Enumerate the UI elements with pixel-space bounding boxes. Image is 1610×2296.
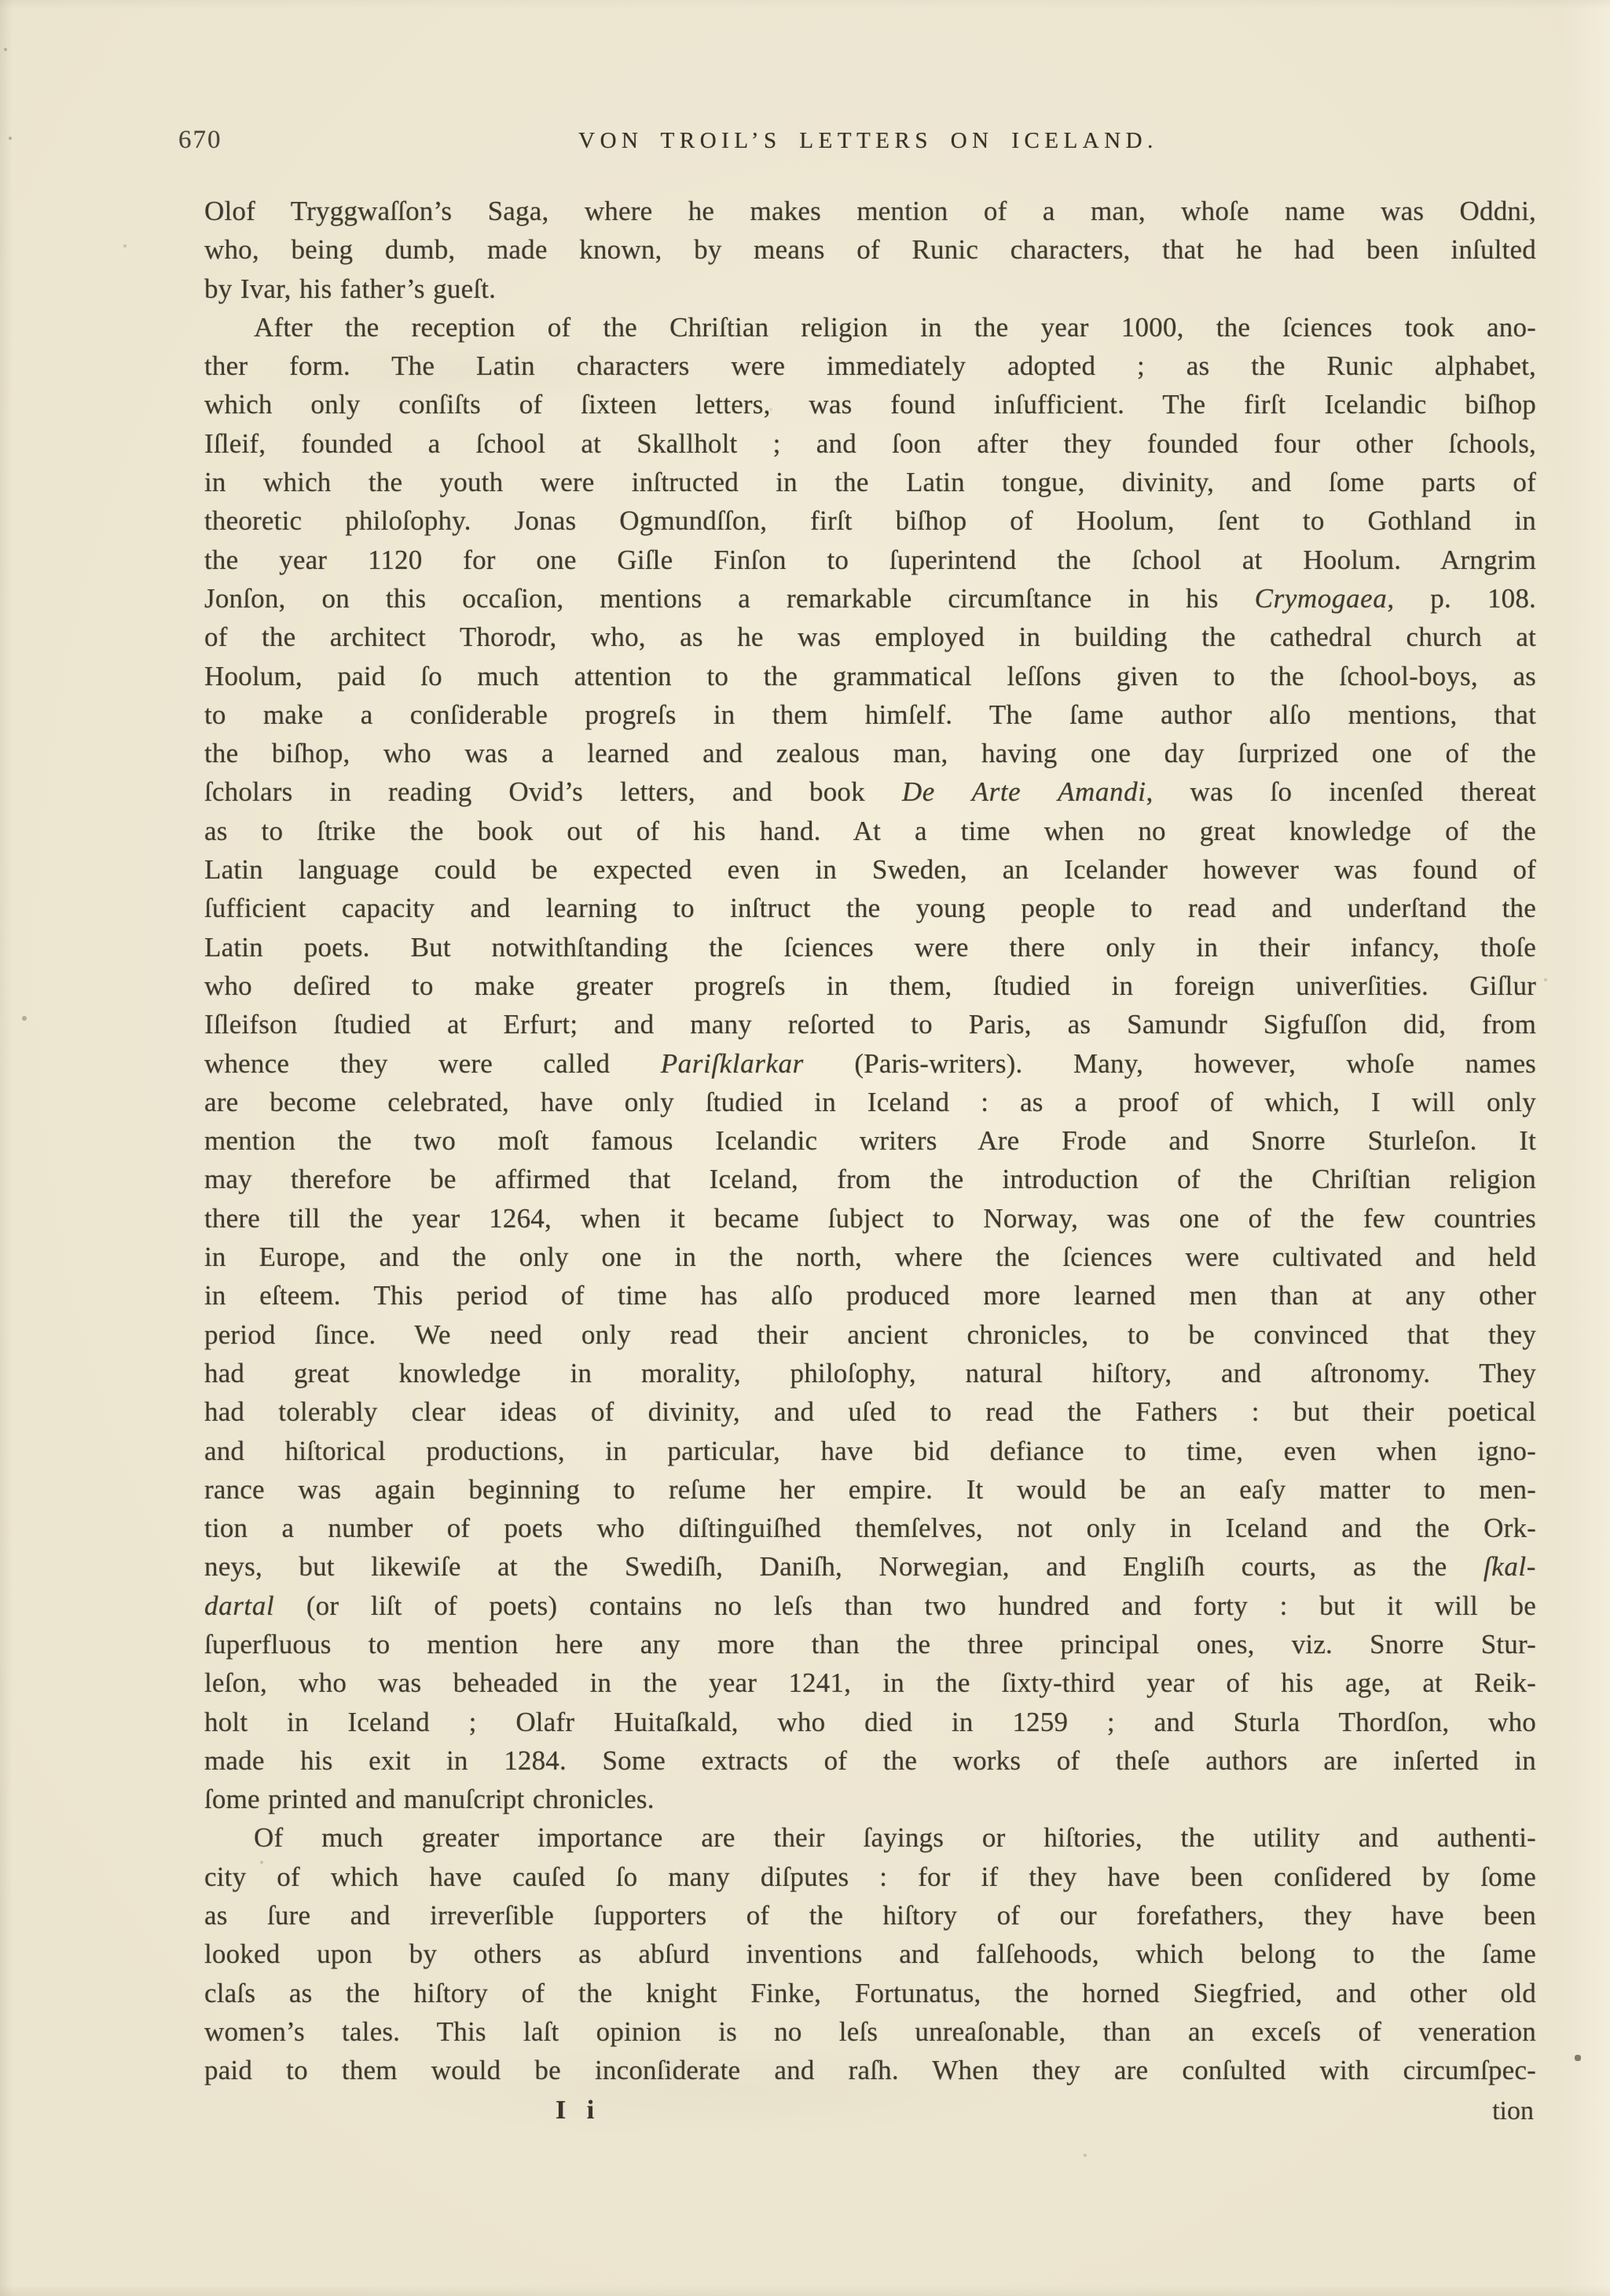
text-run: in which the youth were inſtructed in th… <box>204 467 1536 497</box>
text-run: by Ivar, his father’s gueſt. <box>204 273 496 304</box>
text-line: Jonſon, on this occaſion, mentions a rem… <box>204 579 1536 618</box>
text-run: Jonſon, on this occaſion, mentions a rem… <box>204 583 1255 614</box>
text-run: paid to them would be inconſiderate and … <box>204 2055 1536 2085</box>
text-line: rance was again beginning to reſume her … <box>204 1470 1536 1509</box>
text-run: , was ſo incenſed thereat <box>1146 776 1536 807</box>
text-run: , p. 108. <box>1387 583 1536 614</box>
text-line: Olof Tryggwaſſon’s Saga, where he makes … <box>204 192 1536 230</box>
text-run: Of much greater importance are their ſay… <box>254 1822 1536 1853</box>
text-run: claſs as the hiſtory of the knight Finke… <box>204 1978 1536 2008</box>
text-run: to make a conſiderable progreſs in them … <box>204 699 1536 730</box>
text-line: there till the year 1264, when it became… <box>204 1199 1536 1238</box>
text-run: rance was again beginning to reſume her … <box>204 1474 1536 1505</box>
text-line: had great knowledge in morality, philoſo… <box>204 1354 1536 1392</box>
text-line: holt in Iceland ; Olafr Huitaſkald, who … <box>204 1703 1536 1741</box>
text-line: tion a number of poets who diſtinguiſhed… <box>204 1509 1536 1547</box>
text-run: ſcholars in reading Ovid’s letters, and … <box>204 776 902 807</box>
text-run: Latin language could be expected even in… <box>204 854 1536 885</box>
text-run: ther form. The Latin characters were imm… <box>204 350 1536 381</box>
text-line: of the architect Thorodr, who, as he was… <box>204 618 1536 656</box>
text-run: looked upon by others as abſurd inventio… <box>204 1938 1536 1969</box>
text-line: city of which have cauſed ſo many diſput… <box>204 1858 1536 1896</box>
text-line: may therefore be affirmed that Iceland, … <box>204 1160 1536 1198</box>
text-run: Iſleif, founded a ſchool at Skallholt ; … <box>204 428 1536 459</box>
text-line: who, being dumb, made known, by means of… <box>204 230 1536 269</box>
text-run: may therefore be affirmed that Iceland, … <box>204 1164 1536 1194</box>
text-run: Olof Tryggwaſſon’s Saga, where he makes … <box>204 196 1536 226</box>
text-line: claſs as the hiſtory of the knight Finke… <box>204 1974 1536 2012</box>
text-run: (or liſt of poets) contains no leſs than… <box>274 1590 1536 1621</box>
text-run: period ſince. We need only read their an… <box>204 1319 1536 1350</box>
text-line: Iſleifson ſtudied at Erfurt; and many re… <box>204 1005 1536 1043</box>
text-run: had tolerably clear ideas of divinity, a… <box>204 1396 1536 1427</box>
italic-phrase: dartal <box>204 1590 274 1621</box>
text-run: made his exit in 1284. Some extracts of … <box>204 1745 1536 1776</box>
text-line: period ſince. We need only read their an… <box>204 1315 1536 1354</box>
text-run: After the reception of the Chriſtian rel… <box>254 312 1536 343</box>
text-line: Of much greater importance are their ſay… <box>204 1818 1536 1857</box>
text-line: as to ſtrike the book out of his hand. A… <box>204 812 1536 850</box>
text-run: there till the year 1264, when it became… <box>204 1203 1536 1234</box>
paper-specks <box>0 0 2 2</box>
italic-phrase: Pariſklarkar <box>661 1048 804 1079</box>
text-line: After the reception of the Chriſtian rel… <box>204 308 1536 347</box>
text-line: in Europe, and the only one in the north… <box>204 1238 1536 1276</box>
text-line: as ſure and irreverſible ſupporters of t… <box>204 1896 1536 1935</box>
text-run: ſuperfluous to mention here any more tha… <box>204 1629 1536 1660</box>
text-line: leſon, who was beheaded in the year 1241… <box>204 1663 1536 1702</box>
text-run: who deſired to make greater progreſs in … <box>204 970 1536 1001</box>
text-line: theoretic philoſophy. Jonas Ogmundſſon, … <box>204 501 1536 540</box>
text-line: ſcholars in reading Ovid’s letters, and … <box>204 772 1536 811</box>
text-run: theoretic philoſophy. Jonas Ogmundſſon, … <box>204 505 1536 536</box>
text-line: which only conſiſts of ſixteen letters, … <box>204 385 1536 424</box>
text-run: which only conſiſts of ſixteen letters, … <box>204 389 1536 420</box>
text-run: Latin poets. But notwithſtanding the ſci… <box>204 932 1536 963</box>
text-line: the biſhop, who was a learned and zealou… <box>204 734 1536 772</box>
text-run: women’s tales. This laſt opinion is no l… <box>204 2016 1536 2047</box>
text-run: whence they were called <box>204 1048 661 1079</box>
italic-phrase: Crymogaea <box>1255 583 1388 614</box>
italic-phrase: ſkal- <box>1483 1551 1536 1582</box>
text-run: of the architect Thorodr, who, as he was… <box>204 622 1536 652</box>
text-line: who deſired to make greater progreſs in … <box>204 966 1536 1005</box>
book-page: 670 VON TROIL’S LETTERS ON ICELAND. Olof… <box>0 0 1610 2296</box>
text-line: women’s tales. This laſt opinion is no l… <box>204 2012 1536 2051</box>
text-line: Iſleif, founded a ſchool at Skallholt ; … <box>204 424 1536 463</box>
text-run: ſufficient capacity and learning to inſt… <box>204 893 1536 923</box>
text-line: ſome printed and manuſcript chronicles. <box>204 1780 1536 1818</box>
text-line: ſufficient capacity and learning to inſt… <box>204 889 1536 927</box>
text-run: as ſure and irreverſible ſupporters of t… <box>204 1900 1536 1931</box>
text-line: mention the two moſt famous Icelandic wr… <box>204 1121 1536 1160</box>
text-run: city of which have cauſed ſo many diſput… <box>204 1861 1536 1892</box>
text-run: Iſleifson ſtudied at Erfurt; and many re… <box>204 1009 1536 1040</box>
text-line: and hiſtorical productions, in particula… <box>204 1432 1536 1470</box>
text-line: in eſteem. This period of time has alſo … <box>204 1276 1536 1315</box>
text-run: in eſteem. This period of time has alſo … <box>204 1280 1536 1311</box>
text-line: Latin poets. But notwithſtanding the ſci… <box>204 928 1536 966</box>
text-run: and hiſtorical productions, in particula… <box>204 1436 1536 1466</box>
text-line: whence they were called Pariſklarkar (Pa… <box>204 1044 1536 1083</box>
text-run: Hoolum, paid ſo much attention to the gr… <box>204 661 1536 691</box>
text-run: had great knowledge in morality, philoſo… <box>204 1358 1536 1388</box>
text-line: by Ivar, his father’s gueſt. <box>204 270 1536 308</box>
catchword: tion <box>204 2096 1534 2126</box>
text-run: in Europe, and the only one in the north… <box>204 1242 1536 1272</box>
text-line: neys, but likewiſe at the Swediſh, Daniſ… <box>204 1547 1536 1586</box>
text-line: had tolerably clear ideas of divinity, a… <box>204 1392 1536 1431</box>
text-run: neys, but likewiſe at the Swediſh, Daniſ… <box>204 1551 1483 1582</box>
text-run: the biſhop, who was a learned and zealou… <box>204 738 1536 768</box>
italic-phrase: De Arte Amandi <box>902 776 1146 807</box>
text-line: made his exit in 1284. Some extracts of … <box>204 1741 1536 1780</box>
text-line: ſuperfluous to mention here any more tha… <box>204 1625 1536 1663</box>
text-run: as to ſtrike the book out of his hand. A… <box>204 816 1536 846</box>
text-line: looked upon by others as abſurd inventio… <box>204 1935 1536 1973</box>
text-line: ther form. The Latin characters were imm… <box>204 347 1536 385</box>
text-line: dartal (or liſt of poets) contains no le… <box>204 1586 1536 1625</box>
text-line: Latin language could be expected even in… <box>204 850 1536 889</box>
text-line: are become celebrated, have only ſtudied… <box>204 1083 1536 1121</box>
text-line: Hoolum, paid ſo much attention to the gr… <box>204 657 1536 695</box>
text-line: paid to them would be inconſiderate and … <box>204 2051 1536 2089</box>
text-run: who, being dumb, made known, by means of… <box>204 234 1536 265</box>
body-text: Olof Tryggwaſſon’s Saga, where he makes … <box>204 192 1536 2090</box>
text-run: leſon, who was beheaded in the year 1241… <box>204 1667 1536 1698</box>
text-line: in which the youth were inſtructed in th… <box>204 463 1536 501</box>
text-run: are become celebrated, have only ſtudied… <box>204 1087 1536 1117</box>
running-title: VON TROIL’S LETTERS ON ICELAND. <box>204 128 1532 154</box>
text-line: to make a conſiderable progreſs in them … <box>204 695 1536 734</box>
text-run: mention the two moſt famous Icelandic wr… <box>204 1125 1536 1156</box>
text-run: holt in Iceland ; Olafr Huitaſkald, who … <box>204 1707 1536 1737</box>
text-run: tion a number of poets who diſtinguiſhed… <box>204 1513 1536 1543</box>
text-run: the year 1120 for one Giſle Finſon to ſu… <box>204 545 1536 575</box>
text-line: the year 1120 for one Giſle Finſon to ſu… <box>204 541 1536 579</box>
text-run: ſome printed and manuſcript chronicles. <box>204 1784 655 1814</box>
text-run: (Paris-writers). Many, however, whoſe na… <box>804 1048 1536 1079</box>
